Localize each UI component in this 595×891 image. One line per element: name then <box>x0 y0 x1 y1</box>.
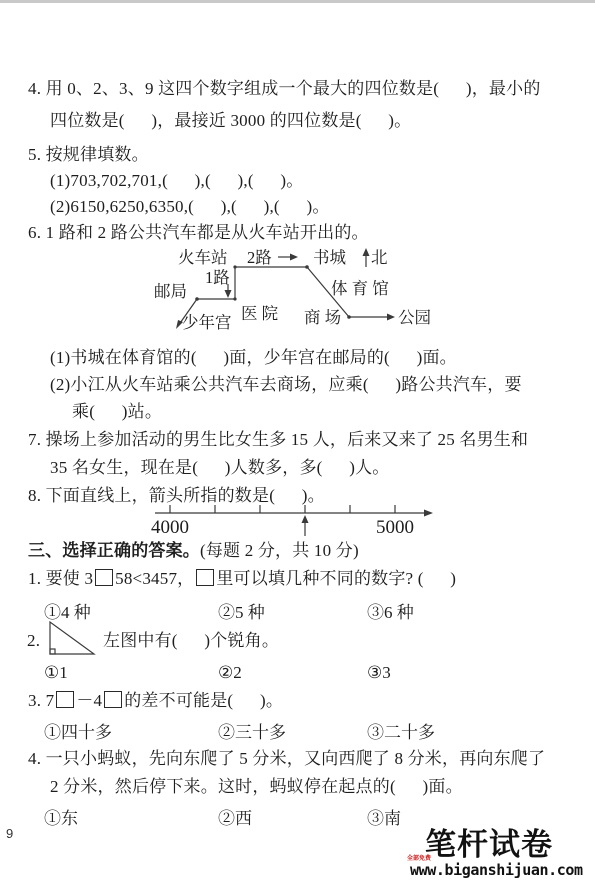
question-6-sub-1: (1)书城在体育馆的( )面，少年宫在邮局的( )面。 <box>50 347 457 369</box>
question-7-line-1: 7. 操场上参加活动的男生比女生多 15 人，后来又来了 25 名男生和 <box>28 429 528 451</box>
choice-q3-stem-post: 的差不可能是( )。 <box>124 691 283 710</box>
choice-q1-option-3: ③6 种 <box>367 598 414 623</box>
map-label-youth-palace: 少年宫 <box>182 314 232 331</box>
exam-paper-page: 4. 用 0、2、3、9 这四个数字组成一个最大的四位数是( )，最小的 四位数… <box>0 0 595 891</box>
brand-website-url: www.biganshijuan.com <box>410 862 583 879</box>
choice-q2-option-1: ①1 <box>44 663 68 683</box>
choice-q4-option-1: ①东 <box>44 804 78 829</box>
number-line-label-4000: 4000 <box>142 517 198 539</box>
choice-q3-option-3: ③二十多 <box>367 718 435 743</box>
choice-q2-options: ①1 ②2 ③3 <box>0 663 595 685</box>
choice-q3-options: ①四十多 ②三十多 ③二十多 <box>0 718 595 740</box>
choice-q3-blank-box-1 <box>56 691 74 708</box>
bus-route-map: 火车站 2路 书城 北 1路 邮局 医 院 少年宫 体 育 馆 商 场 公园 <box>110 246 450 338</box>
map-label-mall: 商 场 <box>304 309 341 326</box>
choice-q2-triangle <box>48 620 98 658</box>
choice-q1-option-2: ②5 种 <box>218 598 265 623</box>
section-3-title: 三、选择正确的答案。(每题 2 分，共 10 分) <box>28 540 359 562</box>
choice-q4-line-2: 2 分米，然后停下来。这时，蚂蚁停在起点的( )面。 <box>50 776 463 798</box>
choice-q4-line-1: 4. 一只小蚂蚁，先向东爬了 5 分米，又向西爬了 8 分米，再向东爬了 <box>28 748 545 770</box>
choice-q2-stem: 左图中有( )个锐角。 <box>103 630 279 652</box>
map-label-post-office: 邮局 <box>154 283 187 300</box>
choice-q3-stem-pre: 3. 7 <box>28 691 54 710</box>
choice-q3-option-1: ①四十多 <box>44 718 112 743</box>
choice-q3-stem: 3. 7－4的差不可能是( )。 <box>28 690 283 712</box>
brand-logo-text: 笔杆试卷 <box>425 829 553 860</box>
map-label-north: 北 <box>371 249 388 266</box>
question-6-head: 6. 1 路和 2 路公共汽车都是从火车站开出的。 <box>28 222 369 244</box>
choice-q1-blank-box-1 <box>95 569 113 586</box>
map-label-route1: 1路 <box>205 269 230 286</box>
question-4-line-1: 4. 用 0、2、3、9 这四个数字组成一个最大的四位数是( )，最小的 <box>28 78 541 100</box>
question-6-sub-2b: 乘( )站。 <box>72 401 162 423</box>
number-line-figure: 4000 5000 <box>140 500 440 542</box>
choice-q1-blank-box-2 <box>196 569 214 586</box>
choice-q4-option-2: ②西 <box>218 804 252 829</box>
question-5-sub-2: (2)6150,6250,6350,( ),( ),( )。 <box>50 196 330 218</box>
choice-q1-stem-post: 里可以填几种不同的数字? ( ) <box>216 569 456 588</box>
map-label-hospital: 医 院 <box>241 305 278 322</box>
question-5-sub-1: (1)703,702,701,( ),( ),( )。 <box>50 170 303 192</box>
choice-q1-options: ①4 种 ②5 种 ③6 种 <box>0 598 595 620</box>
choice-q1-stem-mid: 58<3457， <box>115 569 194 588</box>
map-label-book-city: 书城 <box>313 249 346 266</box>
section-3-title-bold: 三、选择正确的答案。 <box>28 541 200 560</box>
choice-q3-blank-box-2 <box>104 691 122 708</box>
choice-q1-stem-pre: 1. 要使 3 <box>28 569 93 588</box>
top-gray-bar <box>0 0 595 3</box>
page-number: 9 <box>6 826 13 841</box>
section-3-title-note: (每题 2 分，共 10 分) <box>200 541 359 560</box>
choice-q2-option-3: ③3 <box>367 663 391 683</box>
question-5-head: 5. 按规律填数。 <box>28 144 149 166</box>
map-label-gym: 体 育 馆 <box>331 280 389 297</box>
map-label-train-station: 火车站 <box>178 249 228 266</box>
number-line-label-5000: 5000 <box>367 517 423 539</box>
map-label-route2: 2路 <box>247 249 272 266</box>
choice-q3-option-2: ②三十多 <box>218 718 286 743</box>
choice-q1-stem: 1. 要使 358<3457，里可以填几种不同的数字? ( ) <box>28 568 456 590</box>
choice-q3-stem-mid: －4 <box>76 691 102 710</box>
choice-q4-option-3: ③南 <box>367 804 401 829</box>
question-4-line-2: 四位数是( )，最接近 3000 的四位数是( )。 <box>50 110 411 132</box>
choice-q2-number: 2. <box>27 630 40 652</box>
question-7-line-2: 35 名女生，现在是( )人数多，多( )人。 <box>50 457 390 479</box>
question-6-sub-2a: (2)小江从火车站乘公共汽车去商场，应乘( )路公共汽车，要 <box>50 374 522 396</box>
choice-q2-option-2: ②2 <box>218 663 242 683</box>
map-label-park: 公园 <box>398 309 431 326</box>
choice-q4-options: ①东 ②西 ③南 <box>0 804 595 826</box>
